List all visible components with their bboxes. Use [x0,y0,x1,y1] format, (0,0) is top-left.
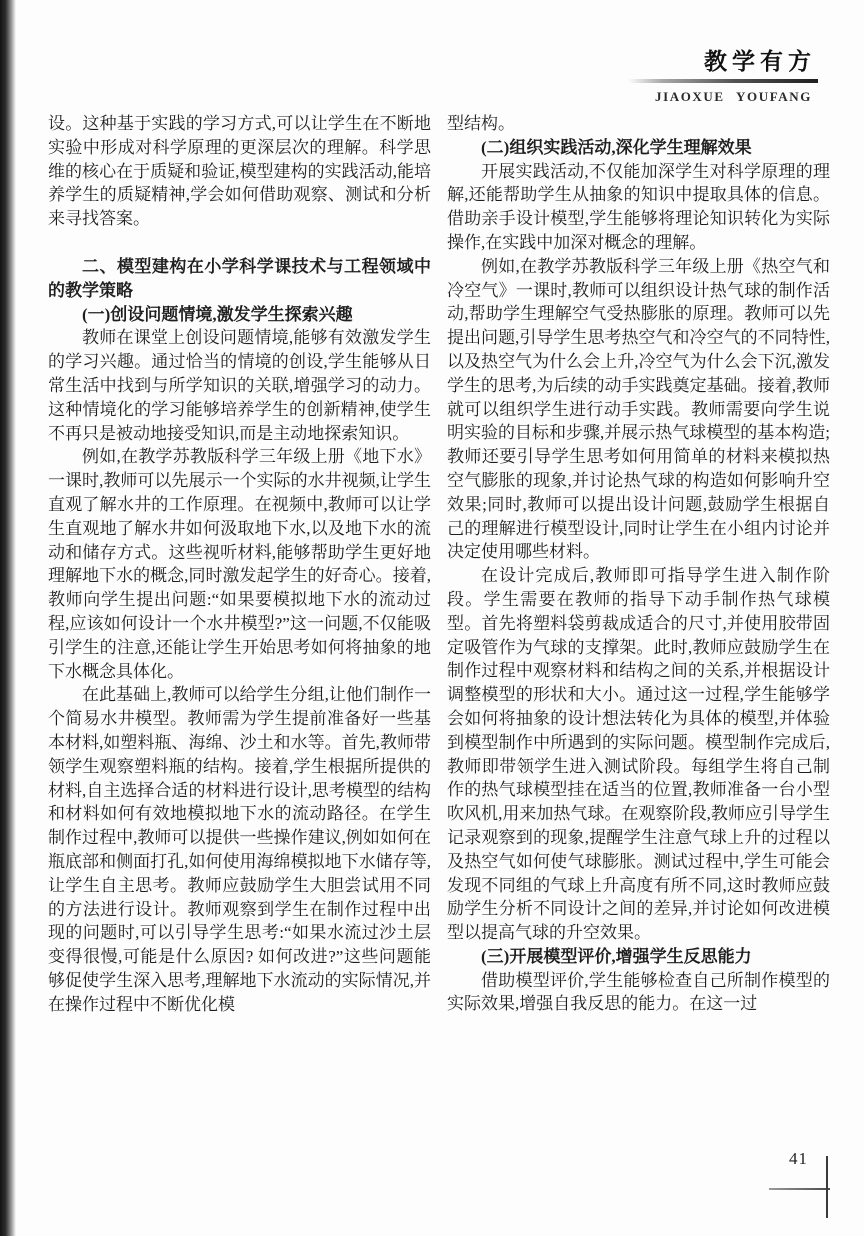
scanned-page-edge-shadow [0,0,16,1236]
crop-mark-vertical [826,1156,828,1218]
sub-heading-2-3: (三)开展模型评价,增强学生反思能力 [447,945,830,969]
journal-section-title-cn: 教学有方 [578,48,818,76]
paragraph-continued: 设。这种基于实践的学习方式,可以让学生在不断地实验中形成对科学原理的更深层次的理… [48,112,431,231]
crop-mark-horizontal [769,1188,830,1190]
right-column: 型结构。 (二)组织实践活动,深化学生理解效果 开展实践活动,不仅能加深学生对科… [447,112,830,1016]
sub-heading-2-1: (一)创设问题情境,激发学生探索兴趣 [48,303,431,327]
sub-heading-2-2: (二)组织实践活动,深化学生理解效果 [447,136,830,160]
header-rule [628,79,818,83]
paragraph: 教师在课堂上创设问题情境,能够有效激发学生的学习兴趣。通过恰当的情境的创设,学生… [48,326,431,445]
paragraph-continued: 型结构。 [447,112,830,136]
paragraph: 借助模型评价,学生能够检查自己所制作模型的实际效果,增强自我反思的能力。在这一过 [447,969,830,1017]
paragraph: 在设计完成后,教师即可指导学生进入制作阶段。学生需要在教师的指导下动手制作热气球… [447,564,830,945]
left-column: 设。这种基于实践的学习方式,可以让学生在不断地实验中形成对科学原理的更深层次的理… [48,112,431,1016]
page-number: 41 [789,1149,808,1169]
section-heading-2: 二、模型建构在小学科学课技术与工程领域中的教学策略 [48,255,431,303]
paragraph: 在此基础上,教师可以给学生分组,让他们制作一个简易水井模型。教师需为学生提前准备… [48,683,431,1016]
paragraph: 开展实践活动,不仅能加深学生对科学原理的理解,还能帮助学生从抽象的知识中提取具体… [447,160,830,255]
journal-section-title-pinyin: JIAOXUE YOUFANG [578,89,818,105]
article-body: 设。这种基于实践的学习方式,可以让学生在不断地实验中形成对科学原理的更深层次的理… [48,112,830,1016]
paragraph: 例如,在教学苏教版科学三年级上册《地下水》一课时,教师可以先展示一个实际的水井视… [48,445,431,683]
paragraph: 例如,在教学苏教版科学三年级上册《热空气和冷空气》一课时,教师可以组织设计热气球… [447,255,830,564]
journal-header: 教学有方 JIAOXUE YOUFANG [578,48,818,105]
